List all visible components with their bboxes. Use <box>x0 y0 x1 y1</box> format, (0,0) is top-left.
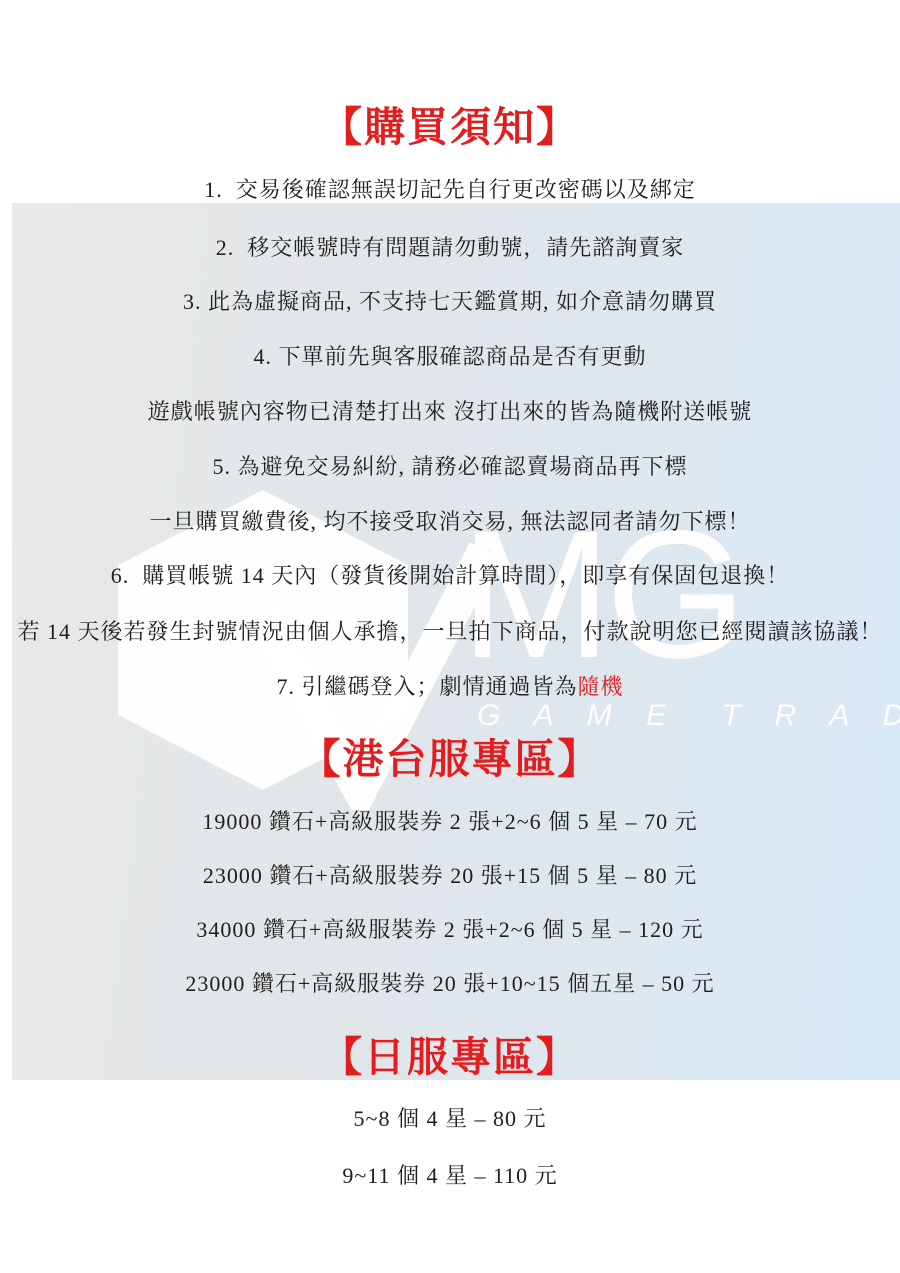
notice-line-3: 3. 此為虛擬商品, 不支持七天鑑賞期, 如介意請勿購買 <box>0 285 900 316</box>
notice-line-1: 1. 交易後確認無誤切記先自行更改密碼以及綁定 <box>0 173 900 204</box>
notice-line-5: 遊戲帳號內容物已清楚打出來 沒打出來的皆為隨機附送帳號 <box>0 395 900 426</box>
notice-line-7: 一旦購買繳費後, 均不接受取消交易, 無法認同者請勿下標！ <box>0 505 900 536</box>
purchase-notice-page: MG G A M E T R A D E 【購買須知】 1. 交易後確認無誤切記… <box>0 0 900 1273</box>
notice-line-6: 5. 為避免交易糾紛, 請務必確認賣場商品再下標 <box>0 450 900 481</box>
notice-line-8: 6. 購買帳號 14 天內（發貨後開始計算時間），即享有保固包退換！ <box>0 559 900 590</box>
price-line: 5~8 個 4 星 – 80 元 <box>0 1102 900 1133</box>
price-line: 9~11 個 4 星 – 110 元 <box>0 1159 900 1190</box>
price-line: 23000 鑽石+高級服裝券 20 張+10~15 個五星 – 50 元 <box>0 967 900 998</box>
notice-content: 【購買須知】 1. 交易後確認無誤切記先自行更改密碼以及綁定 2. 移交帳號時有… <box>0 0 900 1273</box>
price-line: 19000 鑽石+高級服裝券 2 張+2~6 個 5 星 – 70 元 <box>0 805 900 836</box>
price-line: 34000 鑽石+高級服裝券 2 張+2~6 個 5 星 – 120 元 <box>0 913 900 944</box>
price-line: 23000 鑽石+高級服裝券 20 張+15 個 5 星 – 80 元 <box>0 859 900 890</box>
notice-line-10: 7. 引繼碼登入；劇情通過皆為隨機 <box>0 670 900 701</box>
page-title: 【購買須知】 <box>0 94 900 153</box>
notice-line-9: 若 14 天後若發生封號情況由個人承擔，一旦拍下商品，付款說明您已經閱讀該協議！ <box>0 615 900 646</box>
notice-line-10-text: 7. 引繼碼登入；劇情通過皆為 <box>276 674 577 699</box>
notice-line-2: 2. 移交帳號時有問題請勿動號，請先諮詢賣家 <box>0 231 900 262</box>
section-title-hk-tw: 【港台服專區】 <box>0 726 900 785</box>
notice-line-4: 4. 下單前先與客服確認商品是否有更動 <box>0 340 900 371</box>
notice-line-10-highlight: 隨機 <box>578 674 624 699</box>
section-title-jp: 【日服專區】 <box>0 1024 900 1083</box>
